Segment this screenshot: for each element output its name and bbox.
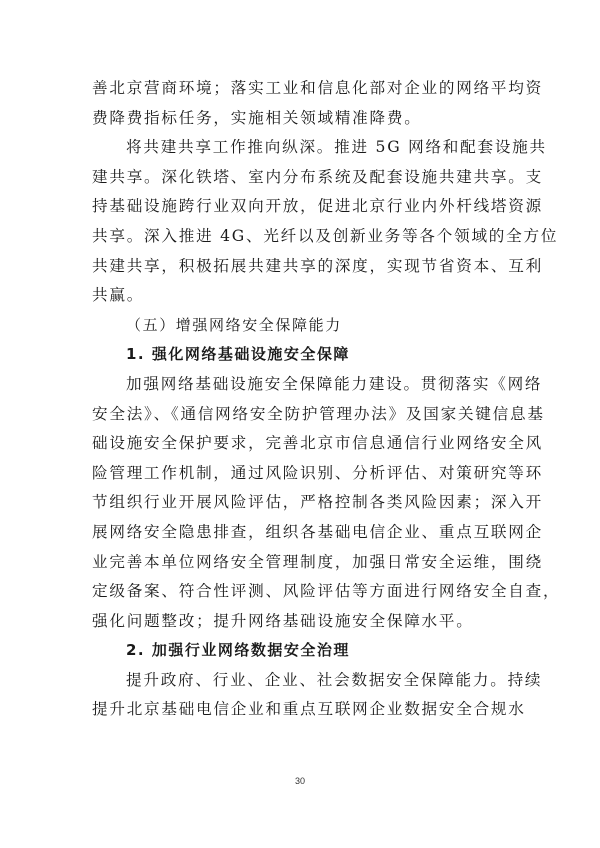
- section-heading: （五）增强网络安全保障能力: [92, 311, 510, 341]
- paragraph-line: 将共建共享工作推向纵深。推进 5G 网络和配套设施共: [92, 133, 510, 163]
- paragraph-line: 提升政府、行业、企业、社会数据安全保障能力。持续: [92, 666, 510, 696]
- paragraph-line: 节组织行业开展风险评估，严格控制各类风险因素；深入开: [92, 488, 510, 518]
- paragraph-line: 展网络安全隐患排查，组织各基础电信企业、重点互联网企: [92, 518, 510, 548]
- document-page: 善北京营商环境；落实工业和信息化部对企业的网络平均资 费降费指标任务，实施相关领…: [92, 74, 510, 725]
- paragraph-line: 建共享。深化铁塔、室内分布系统及配套设施共建共享。支: [92, 163, 510, 193]
- paragraph-line: 共建共享，积极拓展共建共享的深度，实现节省资本、互利: [92, 252, 510, 282]
- paragraph-line: 定级备案、符合性评测、风险评估等方面进行网络安全自查，: [92, 577, 510, 607]
- paragraph-line: 提升北京基础电信企业和重点互联网企业数据安全合规水: [92, 695, 510, 725]
- paragraph-line: 加强网络基础设施安全保障能力建设。贯彻落实《网络: [92, 370, 510, 400]
- paragraph-line: 础设施安全保护要求，完善北京市信息通信行业网络安全风: [92, 429, 510, 459]
- subsection-heading: 2. 加强行业网络数据安全治理: [92, 636, 510, 666]
- paragraph-line: 费降费指标任务，实施相关领域精准降费。: [92, 104, 510, 134]
- paragraph-line: 安全法》、《通信网络安全防护管理办法》及国家关键信息基: [92, 400, 510, 430]
- paragraph-line: 险管理工作机制，通过风险识别、分析评估、对策研究等环: [92, 459, 510, 489]
- page-number: 30: [0, 776, 600, 786]
- paragraph-line: 共享。深入推进 4G、光纤以及创新业务等各个领域的全方位: [92, 222, 510, 252]
- subsection-heading: 1. 强化网络基础设施安全保障: [92, 340, 510, 370]
- paragraph-line: 业完善本单位网络安全管理制度，加强日常安全运维，围绕: [92, 548, 510, 578]
- paragraph-line: 强化问题整改；提升网络基础设施安全保障水平。: [92, 607, 510, 637]
- paragraph-line: 善北京营商环境；落实工业和信息化部对企业的网络平均资: [92, 74, 510, 104]
- paragraph-line: 持基础设施跨行业双向开放，促进北京行业内外杆线塔资源: [92, 192, 510, 222]
- paragraph-line: 共赢。: [92, 281, 510, 311]
